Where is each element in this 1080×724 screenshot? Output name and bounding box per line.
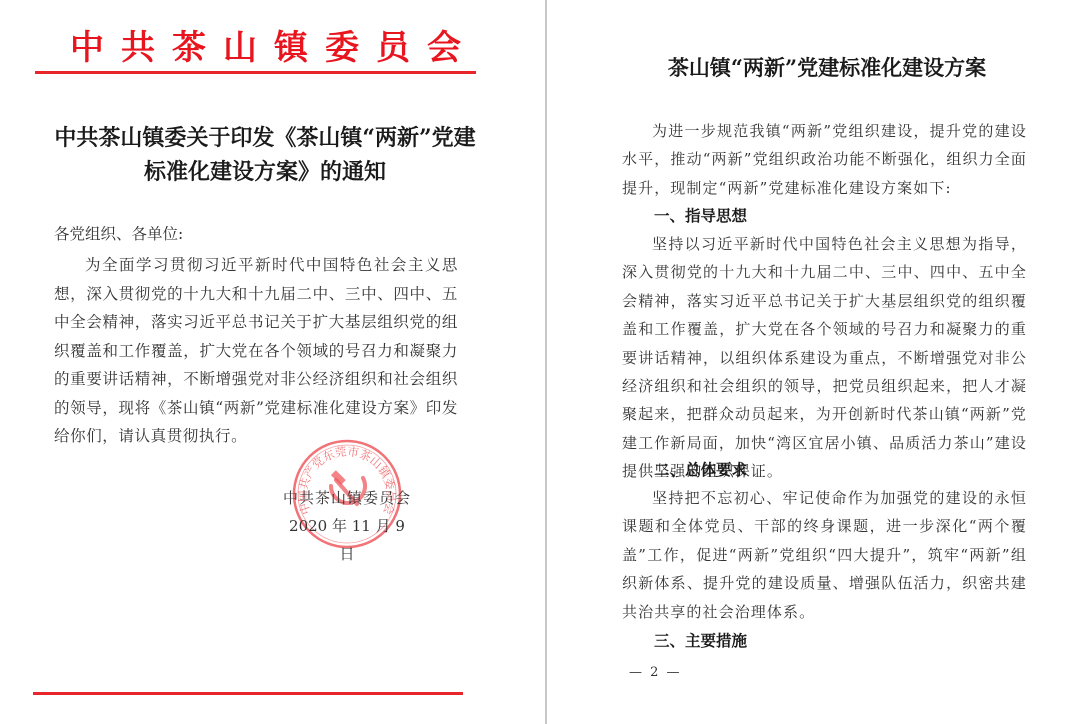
notice-title-line-1: 中共茶山镇委关于印发《茶山镇“两新”党建 [40,121,490,155]
red-divider-line-bottom [33,692,463,695]
intro-paragraph: 为进一步规范我镇“两新”党组织建设，提升党的建设水平，推动“两新”党组织政治功能… [622,117,1027,202]
section-body-1: 坚持以习近平新时代中国特色社会主义思想为指导，深入贯彻党的十九大和十九届二中、三… [622,230,1027,486]
plan-title: 茶山镇“两新”党建标准化建设方案 [607,48,1047,88]
page-number: — 2 — [629,665,682,680]
signature-block: 中共茶山镇委员会 2020 年 11 月 9 日 [282,484,412,568]
signature-organization: 中共茶山镇委员会 [282,484,412,512]
section-heading-2: 二、总体要求 [654,456,747,484]
notice-body: 为全面学习贯彻习近平新时代中国特色社会主义思想，深入贯彻党的十九大和十九届二中、… [54,251,458,451]
section-body-2: 坚持把不忘初心、牢记使命作为加强党的建设的永恒课题和全体党员、干部的终身课题，进… [622,484,1027,626]
document-page-1: 中共茶山镇委员会 中共茶山镇委关于印发《茶山镇“两新”党建 标准化建设方案》的通… [0,0,545,724]
section-heading-1: 一、指导思想 [654,202,747,230]
document-page-2: 茶山镇“两新”党建标准化建设方案 为进一步规范我镇“两新”党组织建设，提升党的建… [547,0,1080,724]
signature-date: 2020 年 11 月 9 日 [282,512,412,568]
section-heading-3: 三、主要措施 [654,627,747,655]
salutation: 各党组织、各单位: [54,220,183,248]
red-divider-line-top [35,71,476,74]
notice-title: 中共茶山镇委关于印发《茶山镇“两新”党建 标准化建设方案》的通知 [40,121,490,189]
notice-title-line-2: 标准化建设方案》的通知 [40,155,490,189]
red-letterhead: 中共茶山镇委员会 [36,28,502,68]
